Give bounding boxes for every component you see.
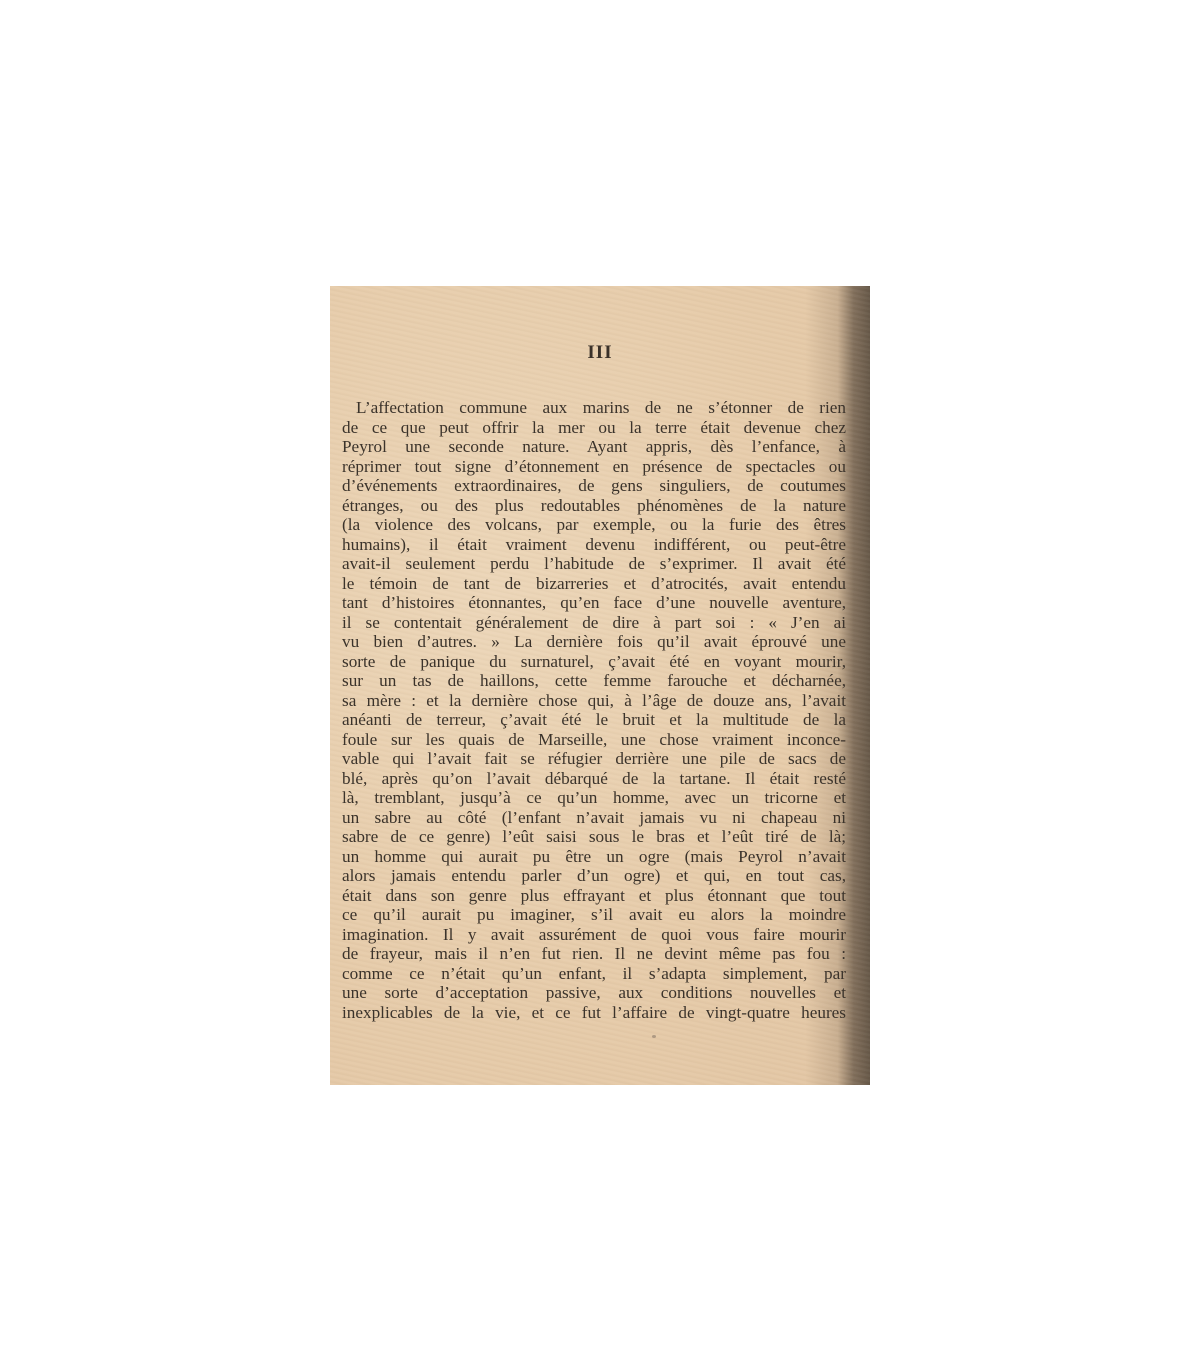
text-line: ce qu’il aurait pu imaginer, s’il avait … (342, 905, 846, 925)
body-text: L’affectation commune aux marins de ne s… (342, 398, 846, 1022)
text-line: sa mère : et la dernière chose qui, à l’… (342, 691, 846, 711)
text-line: étranges, ou des plus redoutables phénom… (342, 496, 846, 516)
text-line: alors jamais entendu parler d’un ogre) e… (342, 866, 846, 886)
text-line: il se contentait généralement de dire à … (342, 613, 846, 633)
text-line: Peyrol une seconde nature. Ayant appris,… (342, 437, 846, 457)
text-line: sorte de panique du surnaturel, ç’avait … (342, 652, 846, 672)
text-line: réprimer tout signe d’étonnement en prés… (342, 457, 846, 477)
text-line: (la violence des volcans, par exemple, o… (342, 515, 846, 535)
text-line: un sabre au côté (l’enfant n’avait jamai… (342, 808, 846, 828)
text-line: de ce que peut offrir la mer ou la terre… (342, 418, 846, 438)
text-line: était dans son genre plus effrayant et p… (342, 886, 846, 906)
text-line: avait-il seulement perdu l’habitude de s… (342, 554, 846, 574)
text-line: sur un tas de haillons, cette femme faro… (342, 671, 846, 691)
text-line: sabre de ce genre) l’eût saisi sous le b… (342, 827, 846, 847)
text-line: là, tremblant, jusqu’à ce qu’un homme, a… (342, 788, 846, 808)
text-line: vu bien d’autres. » La dernière fois qu’… (342, 632, 846, 652)
text-line: humains), il était vraiment devenu indif… (342, 535, 846, 555)
text-line: le témoin de tant de bizarreries et d’at… (342, 574, 846, 594)
text-line: une sorte d’acceptation passive, aux con… (342, 983, 846, 1003)
text-line: blé, après qu’on l’avait débarqué de la … (342, 769, 846, 789)
text-line: de frayeur, mais il n’en fut rien. Il ne… (342, 944, 846, 964)
text-line: foule sur les quais de Marseille, une ch… (342, 730, 846, 750)
ink-speck (652, 1035, 656, 1038)
book-page: III L’affectation commune aux marins de … (330, 286, 870, 1085)
text-line: inexplicables de la vie, et ce fut l’aff… (342, 1003, 846, 1023)
text-line: vable qui l’avait fait se réfugier derri… (342, 749, 846, 769)
text-line: anéanti de terreur, ç’avait été le bruit… (342, 710, 846, 730)
text-line: un homme qui aurait pu être un ogre (mai… (342, 847, 846, 867)
text-line: tant d’histoires étonnantes, qu’en face … (342, 593, 846, 613)
text-line: L’affectation commune aux marins de ne s… (342, 398, 846, 418)
chapter-number: III (330, 342, 870, 364)
text-line: d’événements extraordinaires, de gens si… (342, 476, 846, 496)
text-line: comme ce n’était qu’un enfant, il s’adap… (342, 964, 846, 984)
text-line: imagination. Il y avait assurément de qu… (342, 925, 846, 945)
